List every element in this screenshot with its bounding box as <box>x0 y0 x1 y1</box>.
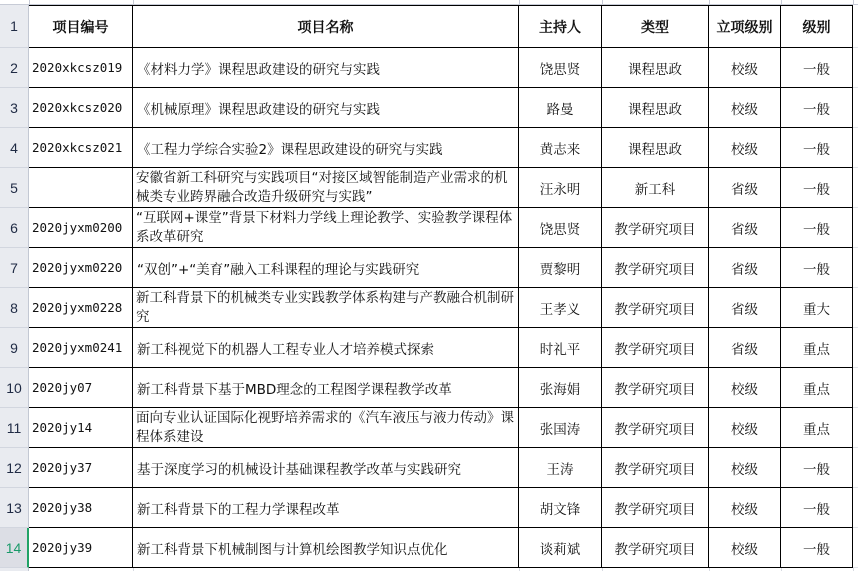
cell-type[interactable]: 课程思政 <box>602 88 709 128</box>
cell-project-name[interactable]: 安徽省新工科研究与实践项目“对接区域智能制造产业需求的机械类专业跨界融合改造升级… <box>133 168 519 208</box>
cell-project-name[interactable]: 新工科视觉下的机器人工程专业人才培养模式探索 <box>133 328 519 368</box>
row-number[interactable]: 14 <box>0 528 29 568</box>
cell-type[interactable]: 教学研究项目 <box>602 328 709 368</box>
cell-grade[interactable]: 一般 <box>781 248 853 288</box>
cell-approval-level[interactable]: 省级 <box>709 248 781 288</box>
cell-approval-level[interactable]: 校级 <box>709 48 781 88</box>
cell-leader[interactable]: 汪永明 <box>519 168 602 208</box>
cell-project-name[interactable]: 《工程力学综合实验2》课程思政建设的研究与实践 <box>133 128 519 168</box>
cell-leader[interactable]: 谈莉斌 <box>519 528 602 568</box>
header-cell-name[interactable]: 项目名称 <box>133 5 519 48</box>
row-number[interactable]: 10 <box>0 368 29 408</box>
cell-grade[interactable]: 一般 <box>781 448 853 488</box>
cell-project-code[interactable]: 2020jyxm0228 <box>29 288 133 328</box>
cell-approval-level[interactable]: 校级 <box>709 408 781 448</box>
table-row: 62020jyxm0200“互联网+课堂”背景下材料力学线上理论教学、实验教学课… <box>0 208 858 248</box>
cell-approval-level[interactable]: 校级 <box>709 528 781 568</box>
cell-project-code[interactable]: 2020jy39 <box>29 528 133 568</box>
header-cell-approval-level[interactable]: 立项级别 <box>709 5 781 48</box>
cell-project-name[interactable]: “互联网+课堂”背景下材料力学线上理论教学、实验教学课程体系改革研究 <box>133 208 519 248</box>
cell-leader[interactable]: 张国涛 <box>519 408 602 448</box>
cell-grade[interactable]: 一般 <box>781 488 853 528</box>
cell-project-name[interactable]: 面向专业认证国际化视野培养需求的《汽车液压与液力传动》课程体系建设 <box>133 408 519 448</box>
cell-type[interactable]: 教学研究项目 <box>602 368 709 408</box>
cell-project-name[interactable]: 基于深度学习的机械设计基础课程教学改革与实践研究 <box>133 448 519 488</box>
cell-type[interactable]: 教学研究项目 <box>602 288 709 328</box>
cell-type[interactable]: 教学研究项目 <box>602 408 709 448</box>
cell-project-code[interactable]: 2020xkcsz021 <box>29 128 133 168</box>
row-number[interactable]: 1 <box>0 5 29 48</box>
cell-project-code[interactable]: 2020jy37 <box>29 448 133 488</box>
cell-type[interactable]: 教学研究项目 <box>602 528 709 568</box>
row-number[interactable]: 12 <box>0 448 29 488</box>
row-number[interactable]: 11 <box>0 408 29 448</box>
table-row: 72020jyxm0220“双创”+“美育”融入工科课程的理论与实践研究贾黎明教… <box>0 248 858 288</box>
row-number[interactable]: 5 <box>0 168 29 208</box>
cell-project-code[interactable]: 2020jy07 <box>29 368 133 408</box>
cell-approval-level[interactable]: 省级 <box>709 328 781 368</box>
cell-project-name[interactable]: 《机械原理》课程思政建设的研究与实践 <box>133 88 519 128</box>
cell-leader[interactable]: 王涛 <box>519 448 602 488</box>
table-row: 32020xkcsz020《机械原理》课程思政建设的研究与实践路曼课程思政校级一… <box>0 88 858 128</box>
table-row: 122020jy37基于深度学习的机械设计基础课程教学改革与实践研究王涛教学研究… <box>0 448 858 488</box>
cell-project-name[interactable]: 新工科背景下的机械类专业实践教学体系构建与产教融合机制研究 <box>133 288 519 328</box>
cell-approval-level[interactable]: 校级 <box>709 488 781 528</box>
cell-grade[interactable]: 一般 <box>781 48 853 88</box>
cell-type[interactable]: 新工科 <box>602 168 709 208</box>
cell-project-code[interactable]: 2020xkcsz019 <box>29 48 133 88</box>
cell-approval-level[interactable]: 省级 <box>709 168 781 208</box>
cell-grade[interactable]: 重点 <box>781 408 853 448</box>
table-row: 22020xkcsz019《材料力学》课程思政建设的研究与实践饶思贤课程思政校级… <box>0 48 858 88</box>
cell-type[interactable]: 课程思政 <box>602 48 709 88</box>
header-row: 1 项目编号 项目名称 主持人 类型 立项级别 级别 <box>0 5 858 48</box>
row-number[interactable]: 9 <box>0 328 29 368</box>
cell-grade[interactable]: 一般 <box>781 168 853 208</box>
spreadsheet-grid: 1 项目编号 项目名称 主持人 类型 立项级别 级别 22020xkcsz019… <box>0 0 858 571</box>
cell-grade[interactable]: 一般 <box>781 208 853 248</box>
cell-approval-level[interactable]: 校级 <box>709 128 781 168</box>
cell-leader[interactable]: 胡文锋 <box>519 488 602 528</box>
row-number[interactable]: 8 <box>0 288 29 328</box>
cell-approval-level[interactable]: 校级 <box>709 368 781 408</box>
table-row: 132020jy38新工科背景下的工程力学课程改革胡文锋教学研究项目校级一般 <box>0 488 858 528</box>
row-number[interactable]: 3 <box>0 88 29 128</box>
cell-leader[interactable]: 王孝义 <box>519 288 602 328</box>
table-row: 102020jy07新工科背景下基于MBD理念的工程图学课程教学改革张海娟教学研… <box>0 368 858 408</box>
row-number[interactable]: 6 <box>0 208 29 248</box>
cell-project-code[interactable] <box>29 168 133 208</box>
cell-project-code[interactable]: 2020jyxm0200 <box>29 208 133 248</box>
cell-leader[interactable]: 时礼平 <box>519 328 602 368</box>
cell-grade[interactable]: 一般 <box>781 88 853 128</box>
table-row: 142020jy39新工科背景下机械制图与计算机绘图教学知识点优化谈莉斌教学研究… <box>0 528 858 568</box>
header-cell-code[interactable]: 项目编号 <box>29 5 133 48</box>
cell-leader[interactable]: 饶思贤 <box>519 208 602 248</box>
cell-grade[interactable]: 一般 <box>781 128 853 168</box>
cell-leader[interactable]: 饶思贤 <box>519 48 602 88</box>
table-row: 5安徽省新工科研究与实践项目“对接区域智能制造产业需求的机械类专业跨界融合改造升… <box>0 168 858 208</box>
table-row: 82020jyxm0228新工科背景下的机械类专业实践教学体系构建与产教融合机制… <box>0 288 858 328</box>
cell-type[interactable]: 课程思政 <box>602 128 709 168</box>
table-row: 42020xkcsz021《工程力学综合实验2》课程思政建设的研究与实践黄志来课… <box>0 128 858 168</box>
cell-approval-level[interactable]: 省级 <box>709 288 781 328</box>
header-cell-type[interactable]: 类型 <box>602 5 709 48</box>
row-number[interactable]: 2 <box>0 48 29 88</box>
cell-project-code[interactable]: 2020jy14 <box>29 408 133 448</box>
cell-type[interactable]: 教学研究项目 <box>602 208 709 248</box>
cell-project-code[interactable]: 2020jyxm0241 <box>29 328 133 368</box>
cell-grade[interactable]: 一般 <box>781 528 853 568</box>
cell-leader[interactable]: 张海娟 <box>519 368 602 408</box>
cell-project-code[interactable]: 2020jy38 <box>29 488 133 528</box>
cell-grade[interactable]: 重大 <box>781 288 853 328</box>
cell-project-name[interactable]: 新工科背景下机械制图与计算机绘图教学知识点优化 <box>133 528 519 568</box>
cell-type[interactable]: 教学研究项目 <box>602 248 709 288</box>
cell-project-name[interactable]: 新工科背景下基于MBD理念的工程图学课程教学改革 <box>133 368 519 408</box>
cell-project-name[interactable]: 《材料力学》课程思政建设的研究与实践 <box>133 48 519 88</box>
row-number[interactable]: 4 <box>0 128 29 168</box>
cell-type[interactable]: 教学研究项目 <box>602 488 709 528</box>
cell-leader[interactable]: 黄志来 <box>519 128 602 168</box>
header-cell-leader[interactable]: 主持人 <box>519 5 602 48</box>
row-number[interactable]: 7 <box>0 248 29 288</box>
cell-type[interactable]: 教学研究项目 <box>602 448 709 488</box>
cell-approval-level[interactable]: 省级 <box>709 208 781 248</box>
cell-project-code[interactable]: 2020xkcsz020 <box>29 88 133 128</box>
row-number[interactable]: 13 <box>0 488 29 528</box>
cell-approval-level[interactable]: 校级 <box>709 448 781 488</box>
cell-approval-level[interactable]: 校级 <box>709 88 781 128</box>
cell-grade[interactable]: 重点 <box>781 328 853 368</box>
table-row: 112020jy14面向专业认证国际化视野培养需求的《汽车液压与液力传动》课程体… <box>0 408 858 448</box>
cell-grade[interactable]: 重点 <box>781 368 853 408</box>
cell-leader[interactable]: 路曼 <box>519 88 602 128</box>
cell-project-name[interactable]: 新工科背景下的工程力学课程改革 <box>133 488 519 528</box>
cell-project-code[interactable]: 2020jyxm0220 <box>29 248 133 288</box>
table-row: 92020jyxm0241新工科视觉下的机器人工程专业人才培养模式探索时礼平教学… <box>0 328 858 368</box>
cell-leader[interactable]: 贾黎明 <box>519 248 602 288</box>
header-cell-grade[interactable]: 级别 <box>781 5 853 48</box>
cell-project-name[interactable]: “双创”+“美育”融入工科课程的理论与实践研究 <box>133 248 519 288</box>
